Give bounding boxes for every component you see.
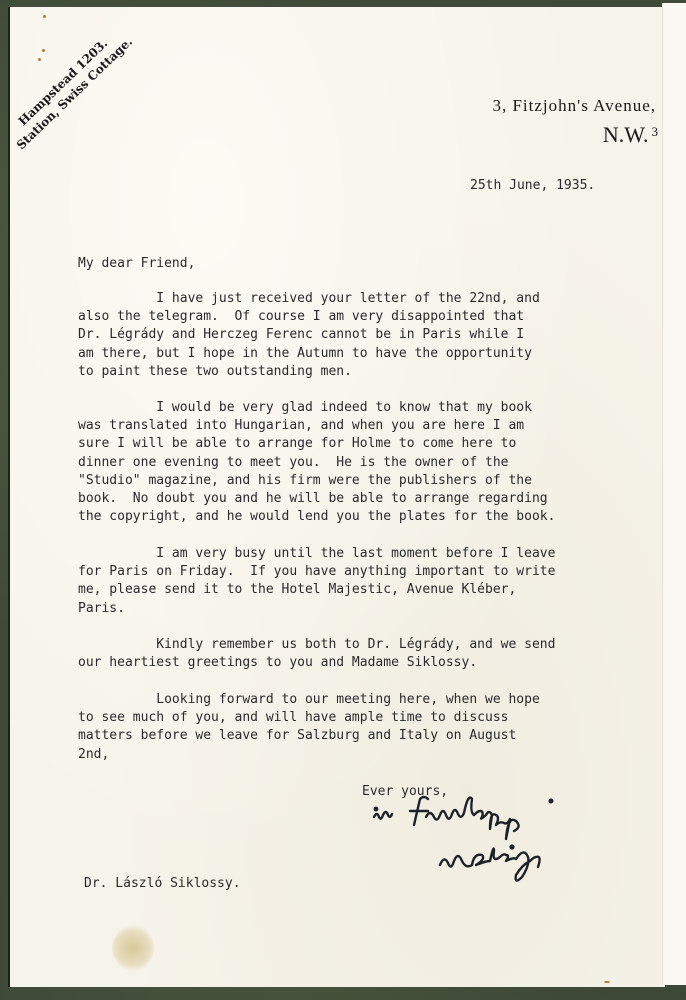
paragraph-5: Looking forward to our meeting here, whe…: [78, 691, 540, 764]
street-address: 3, Fitzjohn's Avenue,: [492, 96, 656, 116]
paragraph-3: I am very busy until the last moment bef…: [78, 545, 555, 618]
letter-date: 25th June, 1935.: [470, 178, 595, 193]
postal-district: N.W.3: [492, 122, 658, 148]
paper-stain: [112, 925, 154, 971]
foxing-spot: [38, 58, 41, 61]
signature-icon: [370, 795, 620, 895]
handwritten-signature: [370, 795, 620, 895]
recipient-name: Dr. László Siklossy.: [84, 876, 241, 891]
paragraph-1: I have just received your letter of the …: [78, 290, 540, 381]
foxing-spot: [43, 15, 46, 18]
foxing-spot: [604, 981, 610, 983]
paper-edge-strip: [662, 3, 686, 985]
paragraph-4: Kindly remember us both to Dr. Légrády, …: [78, 636, 555, 672]
salutation: My dear Friend,: [78, 256, 195, 271]
paragraph-2: I would be very glad indeed to know that…: [78, 399, 555, 526]
foxing-spot: [42, 49, 45, 52]
letterhead-address: 3, Fitzjohn's Avenue, N.W.3: [492, 96, 656, 148]
